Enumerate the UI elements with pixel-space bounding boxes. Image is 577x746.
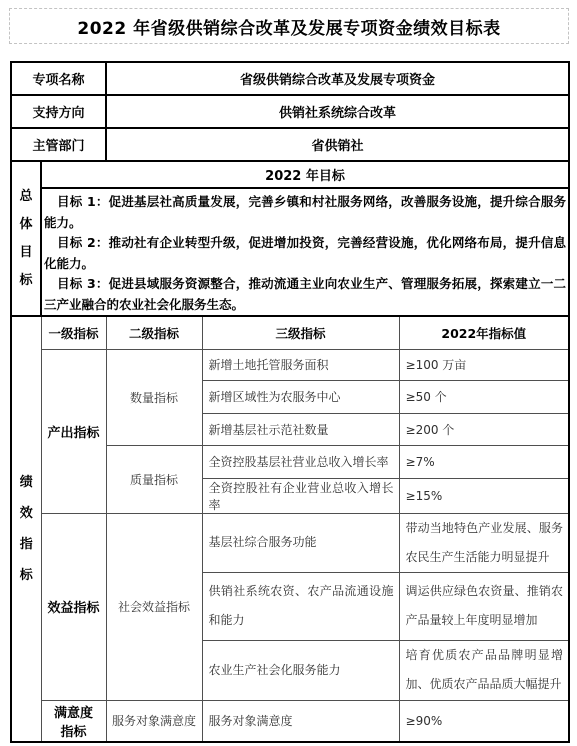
l3-indicator-cell: 新增土地托管服务面积 [202, 349, 399, 380]
column-header-level2: 二级指标 [106, 316, 202, 349]
info-label: 支持方向 [11, 95, 106, 128]
document-title-box: 2022 年省级供销综合改革及发展专项资金绩效目标表 [9, 8, 569, 44]
document-title: 2022 年省级供销综合改革及发展专项资金绩效目标表 [77, 14, 500, 39]
year-target-header: 2022 年目标 [41, 161, 569, 188]
info-value: 供销社系统综合改革 [106, 95, 569, 128]
column-header-level1: 一级指标 [41, 316, 106, 349]
goal-paragraph-3: 目标 3：促进县域服务资源整合，推动流通主业向农业生产、管理服务拓展，探索建立一… [44, 274, 566, 315]
target-value-cell: ≥50 个 [399, 380, 569, 413]
performance-side-label: 绩 效 指 标 [11, 316, 41, 742]
overall-goal-side-label: 总 体 目 标 [11, 161, 41, 316]
info-row-special-name: 专项名称 省级供销综合改革及发展专项资金 [11, 62, 569, 95]
info-row-competent-department: 主管部门 省供销社 [11, 128, 569, 161]
l3-indicator-cell: 基层社综合服务功能 [202, 513, 399, 572]
overall-goal-side-label-text: 总 体 目 标 [19, 183, 32, 295]
target-value-cell: 培育优质农产品品牌明显增加、优质农产品品质大幅提升 [399, 640, 569, 700]
performance-target-table: 专项名称 省级供销综合改革及发展专项资金 支持方向 供销社系统综合改革 主管部门… [10, 61, 570, 743]
target-value-cell: 调运供应绿色农资量、推销农产品量较上年度明显增加 [399, 572, 569, 640]
indicator-row: 满意度指标 服务对象满意度 服务对象满意度 ≥90% [11, 700, 569, 742]
info-label: 主管部门 [11, 128, 106, 161]
l2-indicator-cell: 质量指标 [106, 445, 202, 513]
indicator-row: 效益指标 社会效益指标 基层社综合服务功能 带动当地特色产业发展、服务农民生产生… [11, 513, 569, 572]
l3-indicator-cell: 全资控股社有企业营业总收入增长率 [202, 478, 399, 513]
column-header-level3: 三级指标 [202, 316, 399, 349]
l2-indicator-cell: 社会效益指标 [106, 513, 202, 700]
l1-indicator-cell: 产出指标 [41, 349, 106, 513]
target-value-cell: 带动当地特色产业发展、服务农民生产生活能力明显提升 [399, 513, 569, 572]
l2-indicator-cell: 数量指标 [106, 349, 202, 445]
l3-indicator-cell: 全资控股基层社营业总收入增长率 [202, 445, 399, 478]
target-value-cell: ≥100 万亩 [399, 349, 569, 380]
l3-indicator-cell: 农业生产社会化服务能力 [202, 640, 399, 700]
overall-goal-body-row: 目标 1：促进基层社高质量发展，完善乡镇和村社服务网络，改善服务设施，提升综合服… [11, 188, 569, 316]
document-page: 2022 年省级供销综合改革及发展专项资金绩效目标表 专项名称 省级供销综合改革… [0, 0, 577, 746]
l1-indicator-cell: 满意度指标 [41, 700, 106, 742]
target-value-cell: ≥7% [399, 445, 569, 478]
goal-paragraph-2: 目标 2：推动社有企业转型升级，促进增加投资，完善经营设施，优化网络布局，提升信… [44, 233, 566, 274]
target-value-cell: ≥200 个 [399, 413, 569, 445]
info-value: 省供销社 [106, 128, 569, 161]
l3-indicator-cell: 新增区域性为农服务中心 [202, 380, 399, 413]
indicator-row: 产出指标 数量指标 新增土地托管服务面积 ≥100 万亩 [11, 349, 569, 380]
l1-indicator-label: 满意度指标 [50, 702, 98, 740]
goal-paragraph-1: 目标 1：促进基层社高质量发展，完善乡镇和村社服务网络，改善服务设施，提升综合服… [44, 192, 566, 233]
column-header-target-value: 2022年指标值 [399, 316, 569, 349]
performance-side-label-text: 绩 效 指 标 [20, 467, 33, 591]
l2-indicator-cell: 服务对象满意度 [106, 700, 202, 742]
l3-indicator-cell: 服务对象满意度 [202, 700, 399, 742]
target-value-cell: ≥15% [399, 478, 569, 513]
l3-indicator-cell: 供销社系统农资、农产品流通设施和能力 [202, 572, 399, 640]
indicator-header-row: 绩 效 指 标 一级指标 二级指标 三级指标 2022年指标值 [11, 316, 569, 349]
target-value-cell: ≥90% [399, 700, 569, 742]
overall-goal-header-row: 总 体 目 标 2022 年目标 [11, 161, 569, 188]
info-row-support-direction: 支持方向 供销社系统综合改革 [11, 95, 569, 128]
info-value: 省级供销综合改革及发展专项资金 [106, 62, 569, 95]
overall-goals-cell: 目标 1：促进基层社高质量发展，完善乡镇和村社服务网络，改善服务设施，提升综合服… [41, 188, 569, 316]
l1-indicator-cell: 效益指标 [41, 513, 106, 700]
info-label: 专项名称 [11, 62, 106, 95]
l3-indicator-cell: 新增基层社示范社数量 [202, 413, 399, 445]
